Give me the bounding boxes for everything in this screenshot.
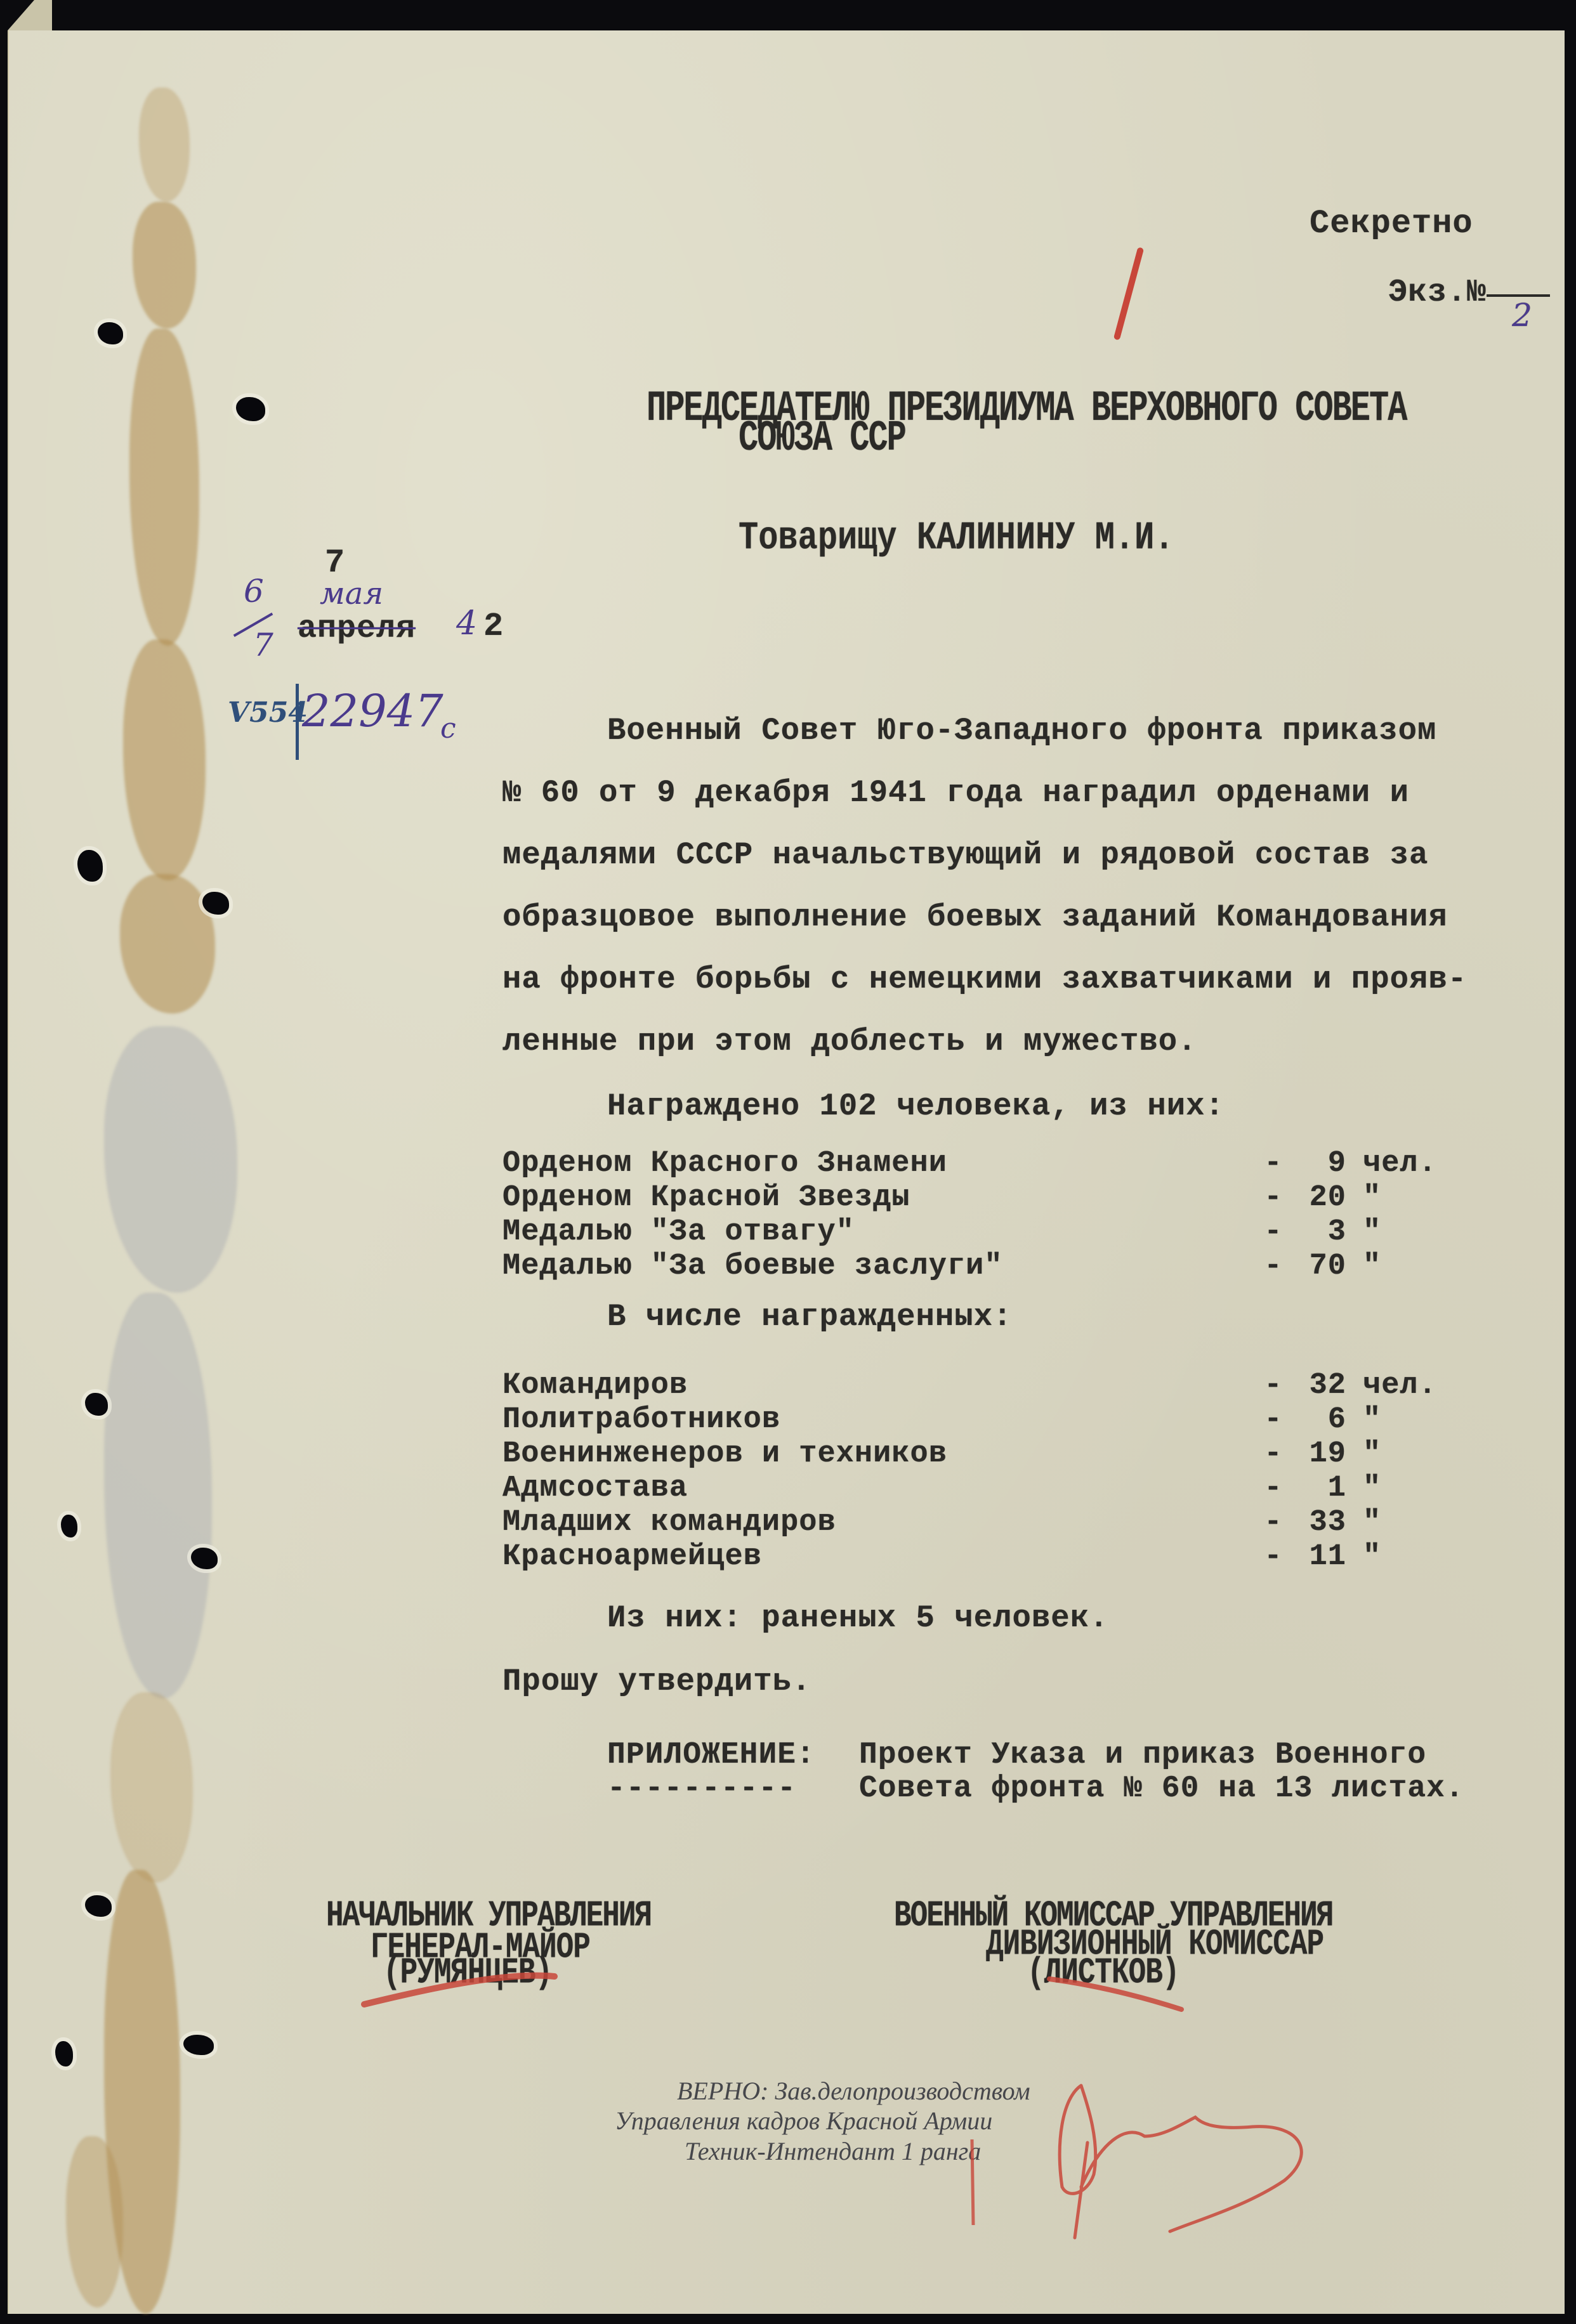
- folded-corner: [8, 0, 52, 30]
- document-page: Секретно Экз.№2 1 ПРЕДСЕДАТЕЛЮ ПРЕЗИДИУМ…: [8, 30, 1565, 2314]
- certification-red-signature: [9, 30, 1565, 2314]
